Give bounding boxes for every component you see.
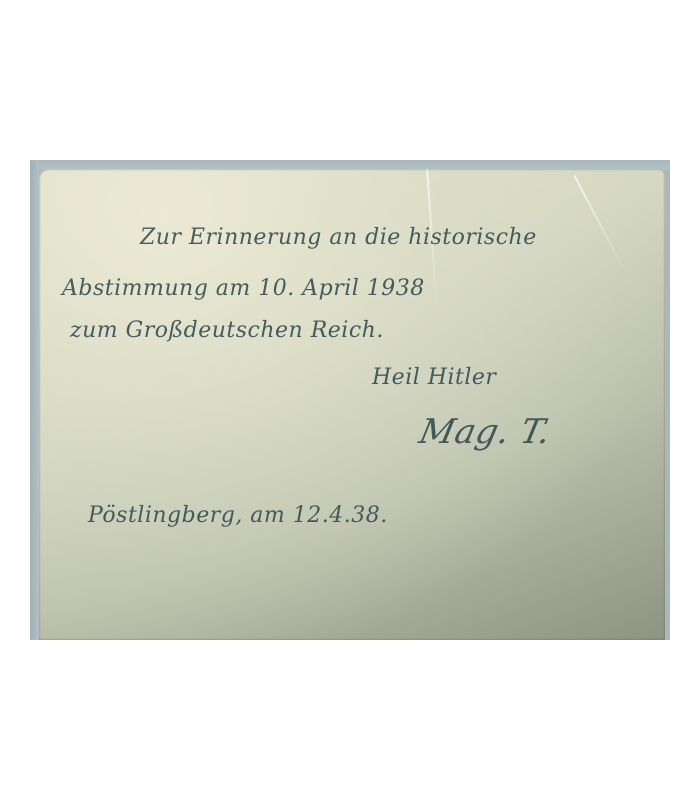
handwritten-line-3: zum Großdeutschen Reich. (70, 318, 384, 343)
handwritten-line-2: Abstimmung am 10. April 1938 (62, 276, 425, 301)
place-and-date: Pöstlingberg, am 12.4.38. (88, 503, 388, 528)
paper-crease (573, 175, 626, 273)
handwritten-greeting: Heil Hitler (372, 365, 496, 390)
handwritten-line-1: Zur Erinnerung an die historische (140, 225, 537, 250)
signature: Mag. T. (416, 412, 555, 452)
backdrop-edge (30, 160, 39, 640)
